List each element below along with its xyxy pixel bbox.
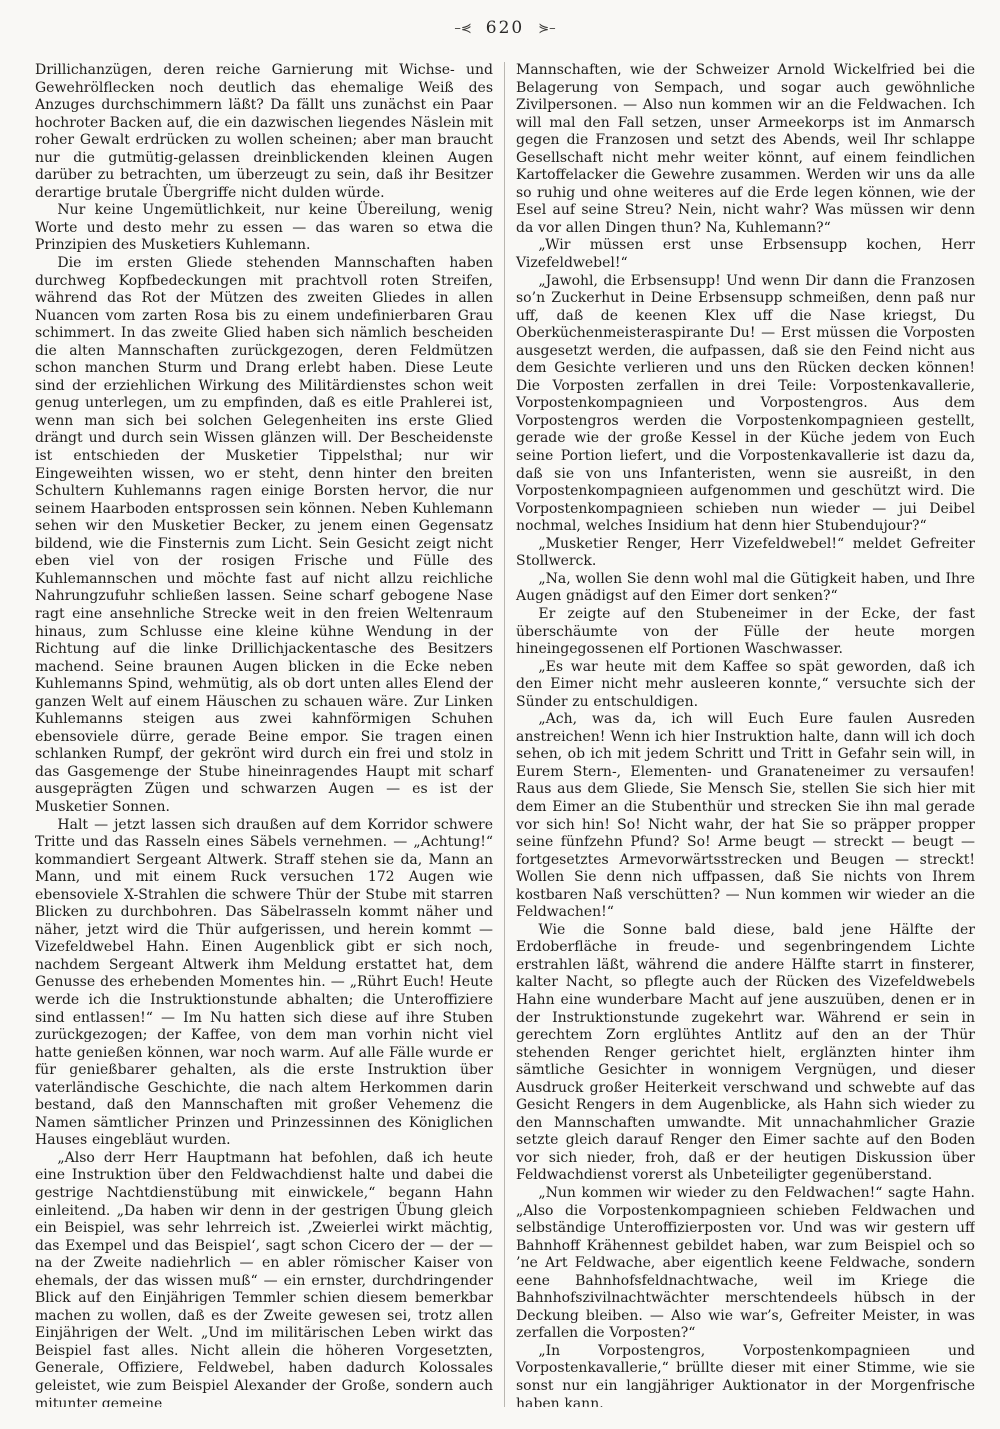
paragraph: „Wir müssen erst unse Erbsensupp kochen,…	[516, 237, 975, 272]
book-page: –⋞620⋟– Drillichanzügen, deren reiche Ga…	[0, 0, 1000, 1429]
text-columns: Drillichanzügen, deren reiche Garnierung…	[35, 62, 975, 1407]
paragraph: „Musketier Renger, Herr Vizefeldwebel!“ …	[516, 536, 975, 571]
paragraph: Die im ersten Gliede stehenden Mannschaf…	[35, 255, 493, 817]
left-column: Drillichanzügen, deren reiche Garnierung…	[35, 62, 505, 1407]
paragraph: Drillichanzügen, deren reiche Garnierung…	[35, 62, 493, 202]
paragraph: Nur keine Ungemütlichkeit, nur keine Übe…	[35, 202, 493, 255]
paragraph: Er zeigte auf den Stubeneimer in der Eck…	[516, 606, 975, 659]
right-column: Mannschaften, wie der Schweizer Arnold W…	[505, 62, 975, 1407]
paragraph: „Ach, was da, ich will Euch Eure faulen …	[516, 711, 975, 922]
paragraph: „Nun kommen wir wieder zu den Feldwachen…	[516, 1185, 975, 1343]
paragraph: „Es war heute mit dem Kaffee so spät gew…	[516, 659, 975, 712]
paragraph: „In Vorpostengros, Vorpostenkompagnieen …	[516, 1343, 975, 1407]
page-number: 620	[486, 18, 524, 38]
paragraph: „Also derr Herr Hauptmann hat befohlen, …	[35, 1150, 493, 1407]
paragraph: Wie die Sonne bald diese, bald jene Hälf…	[516, 922, 975, 1185]
page-header: –⋞620⋟–	[35, 18, 975, 38]
header-ornament-left: –⋞	[454, 21, 471, 36]
paragraph: „Na, wollen Sie denn wohl mal die Gütigk…	[516, 571, 975, 606]
paragraph: Mannschaften, wie der Schweizer Arnold W…	[516, 62, 975, 237]
header-ornament-right: ⋟–	[538, 21, 555, 36]
paragraph: Halt — jetzt lassen sich draußen auf dem…	[35, 817, 493, 1150]
paragraph: „Jawohl, die Erbsensupp! Und wenn Dir da…	[516, 273, 975, 536]
